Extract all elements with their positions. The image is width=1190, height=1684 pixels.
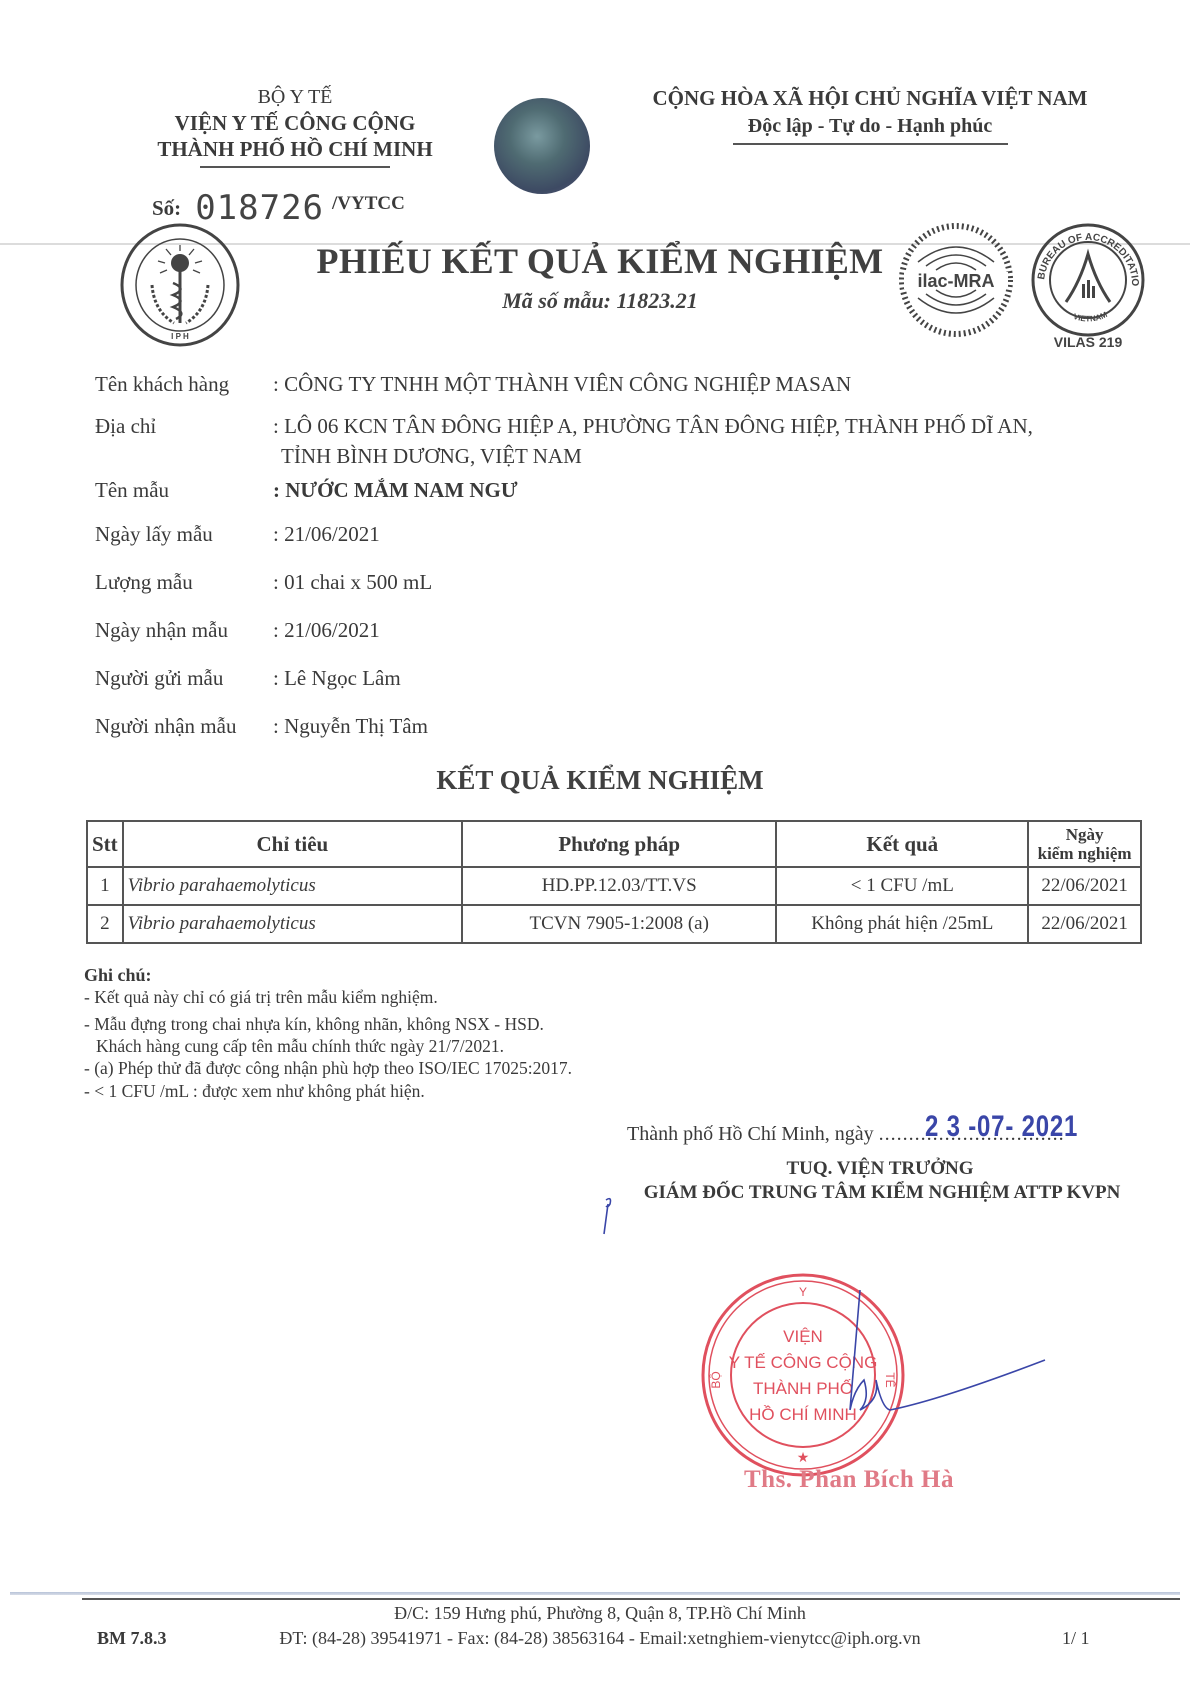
cell-stt: 1 (87, 867, 123, 905)
form-code: BM 7.8.3 (97, 1628, 167, 1649)
customer-label: Tên khách hàng (95, 372, 275, 397)
national-header: CỘNG HÒA XÃ HỘI CHỦ NGHĨA VIỆT NAM Độc l… (630, 84, 1110, 145)
address-label: Địa chỉ (95, 414, 275, 439)
note-item: - Mẫu đựng trong chai nhựa kín, không nh… (84, 1013, 572, 1035)
table-row: 2 Vibrio parahaemolyticus TCVN 7905-1:20… (87, 905, 1141, 943)
cell-method: HD.PP.12.03/TT.VS (462, 867, 776, 905)
note-item: - (a) Phép thử đã được công nhận phù hợp… (84, 1057, 572, 1079)
sender-label: Người gửi mẫu (95, 666, 275, 691)
document-title: PHIẾU KẾT QUẢ KIỂM NGHIỆM (300, 240, 900, 282)
notes: Ghi chú: - Kết quả này chỉ có giá trị tr… (84, 965, 572, 1104)
notes-heading: Ghi chú: (84, 965, 572, 985)
col-test-date-line1: Ngày (1066, 825, 1104, 844)
cell-date: 22/06/2021 (1028, 905, 1141, 943)
receiver-label: Người nhận mẫu (95, 714, 275, 739)
footer-rule (82, 1598, 1180, 1600)
svg-text:Y: Y (799, 1285, 807, 1299)
footer-contact: ĐT: (84-28) 39541971 - Fax: (84-28) 3856… (250, 1628, 950, 1649)
stamped-date: 2 3 -07- 2021 (925, 1110, 1078, 1144)
svg-text:VIỆN: VIỆN (783, 1327, 823, 1346)
svg-text:BỘ: BỘ (708, 1371, 723, 1388)
signer-name: Ths. Phan Bích Hà (744, 1466, 954, 1494)
ministry-name: BỘ Y TẾ (140, 84, 450, 110)
col-test-date-line2: kiểm nghiệm (1038, 844, 1132, 863)
address-value: : LÔ 06 KCN TÂN ĐÔNG HIỆP A, PHƯỜNG TÂN … (273, 414, 1033, 439)
ilac-mra-logo-icon: ilac-MRA (898, 222, 1014, 338)
handwritten-signature-icon (820, 1290, 1050, 1440)
quantity-value: : 01 chai x 500 mL (273, 570, 432, 595)
table-header-row: Stt Chỉ tiêu Phương pháp Kết quả Ngày ki… (87, 821, 1141, 867)
initial-mark-icon (598, 1190, 618, 1240)
cell-result: < 1 CFU /mL (776, 867, 1028, 905)
number-suffix: /VYTCC (332, 193, 405, 214)
institute-name-line1: VIỆN Y TẾ CÔNG CỘNG (140, 110, 450, 136)
received-date-value: : 21/06/2021 (273, 618, 380, 643)
svg-text:I P H: I P H (171, 332, 189, 341)
note-item: - Kết quả này chỉ có giá trị trên mẫu ki… (84, 985, 572, 1010)
results-section-title: KẾT QUẢ KIỂM NGHIỆM (300, 765, 900, 796)
receiver-value: : Nguyễn Thị Tâm (273, 714, 428, 739)
signatory-title: GIÁM ĐỐC TRUNG TÂM KIỂM NGHIỆM ATTP KVPN (622, 1182, 1142, 1204)
sample-name-label: Tên mẫu (95, 478, 275, 503)
note-item-continuation: Khách hàng cung cấp tên mẫu chính thức n… (84, 1035, 572, 1057)
col-test-date: Ngày kiểm nghiệm (1028, 821, 1141, 867)
col-parameter: Chỉ tiêu (123, 821, 462, 867)
place-prefix: Thành phố Hồ Chí Minh, ngày (627, 1123, 874, 1145)
cell-parameter: Vibrio parahaemolyticus (123, 867, 462, 905)
svg-text:★: ★ (797, 1451, 810, 1466)
footer-address: Đ/C: 159 Hưng phú, Phường 8, Quận 8, TP.… (250, 1603, 950, 1624)
cell-parameter: Vibrio parahaemolyticus (123, 905, 462, 943)
received-date-label: Ngày nhận mẫu (95, 618, 275, 643)
customer-value: : CÔNG TY TNHH MỘT THÀNH VIÊN CÔNG NGHIỆ… (273, 372, 851, 397)
divider (733, 143, 1008, 145)
sample-name-value: : NƯỚC MẮM NAM NGƯ (273, 478, 518, 503)
note-item: - < 1 CFU /mL : được xem như không phát … (84, 1079, 572, 1104)
footer-scan-line (10, 1592, 1180, 1595)
hologram-seal-icon (494, 98, 590, 194)
nation-name: CỘNG HÒA XÃ HỘI CHỦ NGHĨA VIỆT NAM (630, 84, 1110, 112)
document-number: Số:018726/VYTCC (152, 188, 405, 228)
cell-method: TCVN 7905-1:2008 (a) (462, 905, 776, 943)
national-motto: Độc lập - Tự do - Hạnh phúc (630, 112, 1110, 140)
col-stt: Stt (87, 821, 123, 867)
page-number: 1/ 1 (1062, 1628, 1090, 1649)
quantity-label: Lượng mẫu (95, 570, 275, 595)
sample-code: Mã số mẫu: 11823.21 (300, 288, 900, 314)
col-result: Kết quả (776, 821, 1028, 867)
table-row: 1 Vibrio parahaemolyticus HD.PP.12.03/TT… (87, 867, 1141, 905)
sampling-date-label: Ngày lấy mẫu (95, 522, 275, 547)
iph-emblem-icon: I P H (118, 223, 242, 347)
cell-date: 22/06/2021 (1028, 867, 1141, 905)
issuing-organization: BỘ Y TẾ VIỆN Y TẾ CÔNG CỘNG THÀNH PHỐ HỒ… (140, 84, 450, 168)
sampling-date-value: : 21/06/2021 (273, 522, 380, 547)
svg-text:VIETNAM: VIETNAM (1072, 310, 1109, 324)
col-method: Phương pháp (462, 821, 776, 867)
number-label: Số: (152, 196, 181, 220)
cell-result: Không phát hiện /25mL (776, 905, 1028, 943)
cell-stt: 2 (87, 905, 123, 943)
institute-name-line2: THÀNH PHỐ HỒ CHÍ MINH (140, 136, 450, 162)
results-table: Stt Chỉ tiêu Phương pháp Kết quả Ngày ki… (86, 820, 1142, 944)
divider (200, 166, 390, 168)
vilas-number: VILAS 219 (1030, 334, 1146, 350)
bureau-of-accreditation-logo-icon: BUREAU OF ACCREDITATION VIETNAM (1030, 222, 1146, 338)
number-value: 018726 (195, 188, 324, 228)
svg-text:BUREAU OF ACCREDITATION: BUREAU OF ACCREDITATION (1030, 222, 1140, 287)
signatory-authority: TUQ. VIỆN TRƯỞNG (620, 1158, 1140, 1180)
svg-text:ilac-MRA: ilac-MRA (917, 271, 994, 291)
address-value-line2: TỈNH BÌNH DƯƠNG, VIỆT NAM (281, 444, 582, 469)
sender-value: : Lê Ngọc Lâm (273, 666, 401, 691)
